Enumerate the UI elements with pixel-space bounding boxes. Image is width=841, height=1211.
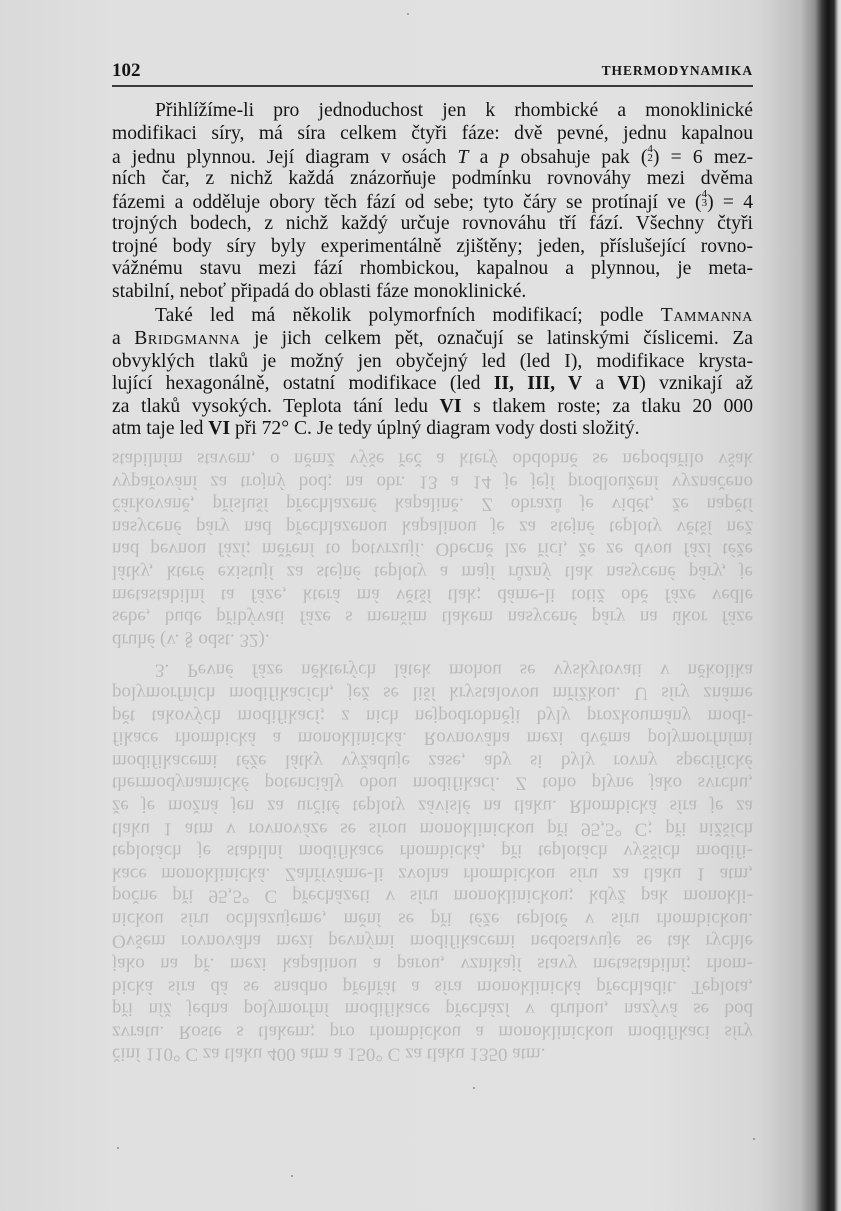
- variable-T: T: [458, 147, 469, 168]
- text-line: Také led má několik polymorfních modifik…: [112, 305, 753, 328]
- paper-speck: [117, 1147, 119, 1149]
- text-segment: a: [468, 147, 499, 168]
- roman-numerals: II, III, V: [494, 373, 582, 394]
- text-line: Přihlížíme-li pro jednoduchost jen k rho…: [112, 100, 753, 123]
- paper-speck: [407, 13, 409, 15]
- show-through-line: činí 110° C za tlaku 400 atm a 150° C za…: [112, 1042, 753, 1065]
- show-through-line: zvratu. Roste s tlakem; pro rhombickou a…: [112, 1020, 753, 1043]
- text-segment: Také led má několik polymorfních modifik…: [155, 305, 661, 326]
- text-segment: ) = 6 mez-: [653, 147, 753, 168]
- roman-numerals: VI: [208, 418, 230, 439]
- show-through-line: 3. Pevné fáze některých látek mohou se v…: [112, 658, 753, 681]
- text-segment: za tlaků vysokých. Teplota tání ledu: [112, 396, 440, 417]
- show-through-line: modifikacemi téže látky vyžaduje zase, a…: [112, 749, 753, 772]
- show-through-line: polymorfních modifikacích, jež se liší k…: [112, 681, 753, 704]
- author-name-bridgman: Bridgmanna: [134, 328, 240, 349]
- text-segment: obsahuje pak (: [509, 147, 647, 168]
- show-through-line: bická síra dá se snadno přehřát a síra m…: [112, 975, 753, 998]
- text-line: stabilní, neboť připadá do oblasti fáze …: [112, 281, 753, 304]
- show-through-line: čárkovaně, přísluší přechlazené kapalině…: [112, 492, 753, 515]
- show-through-line: tlaku 1 atm v rovnováze se sírou monokli…: [112, 817, 753, 840]
- text-line: ních čar, z nichž každá znázorňuje podmí…: [112, 168, 753, 191]
- text-segment: lující hexagonálně, ostatní modifikace (…: [112, 373, 494, 394]
- show-through-line: nad pevnou fází; měření to potvrzují. Ob…: [112, 537, 753, 560]
- show-through-line: druhé (v. § odst. 32).: [112, 628, 753, 651]
- text-segment: s tlakem roste; za tlaku 20 000: [461, 396, 753, 417]
- show-through-line: jako na př. mezi kapalinou a parou, vzni…: [112, 952, 753, 975]
- show-through-line: počne při 95,5° C přecházeti v síru mono…: [112, 884, 753, 907]
- variable-p: p: [500, 147, 510, 168]
- author-name-tammann: Tammanna: [661, 305, 753, 326]
- show-through-line: vypařování za trojný bod; na obr. 13 a 1…: [112, 470, 753, 493]
- show-through-line: Ovšem rovnováha mezi pevnými modifikacem…: [112, 929, 753, 952]
- text-line: fázemi a odděluje obory těch fází od seb…: [112, 190, 753, 213]
- text-segment: ) vznikají až: [639, 373, 753, 394]
- show-through-line: pět takových modifikací; z nich nejpodro…: [112, 704, 753, 727]
- text-line: obvyklých tlaků je možný jen obyčejný le…: [112, 351, 753, 374]
- text-segment: ) = 4: [707, 192, 753, 213]
- paper-speck: [753, 1138, 755, 1140]
- body-text: Přihlížíme-li pro jednoduchost jen k rho…: [112, 100, 753, 441]
- paper-speck: [473, 1087, 475, 1089]
- show-through-line: že je možná jen za určité teploty závisl…: [112, 794, 753, 817]
- header-rule: [112, 85, 753, 87]
- roman-numerals: VI: [440, 396, 462, 417]
- text-segment: při 72° C. Je tedy úplný diagram vody do…: [230, 418, 639, 439]
- page-number: 102: [112, 60, 141, 82]
- text-segment: atm taje led: [112, 418, 208, 439]
- show-through-line: thermodynamické potenciály obou modifika…: [112, 771, 753, 794]
- text-line: a jednu plynnou. Její diagram v osách T …: [112, 145, 753, 168]
- show-through-line: sebe, bude přibývati fáze s menším tlake…: [112, 605, 753, 628]
- show-through-line: nasycené páry nad přechlazenou kapalinou…: [112, 515, 753, 538]
- text-segment: a: [582, 373, 617, 394]
- show-through-line: nickou síru ochlazujeme, mění se při též…: [112, 907, 753, 930]
- text-segment: fázemi a odděluje obory těch fází od seb…: [112, 192, 702, 213]
- paragraph-ice-modifications: Také led má několik polymorfních modifik…: [112, 305, 753, 441]
- show-through-line: fikace rhombická a monoklinická. Rovnová…: [112, 726, 753, 749]
- text-line: modifikaci síry, má síra celkem čtyři fá…: [112, 123, 753, 146]
- show-through-line: při níž jedna polymorfní modifikace přec…: [112, 997, 753, 1020]
- text-line: trojné body síry byly experimentálně zji…: [112, 236, 753, 259]
- show-through-line: kace monoklinická. Zahříváme-li zvolna r…: [112, 862, 753, 885]
- text-line: a Bridgmanna je jich celkem pět, označuj…: [112, 328, 753, 351]
- text-segment: a: [112, 328, 134, 349]
- running-title: THERMODYNAMIKA: [602, 63, 753, 79]
- text-line: lující hexagonálně, ostatní modifikace (…: [112, 373, 753, 396]
- show-through-line: teplotách je stabilní modifikace rhombic…: [112, 839, 753, 862]
- show-through-text: stabilním stavem, o němž výše řeč a kter…: [112, 447, 753, 1065]
- text-segment: a jednu plynnou. Její diagram v osách: [112, 147, 458, 168]
- text-segment: je jich celkem pět, označují se latinský…: [240, 328, 753, 349]
- running-head: 102 THERMODYNAMIKA: [112, 60, 753, 82]
- text-line: vážnému stavu mezi fází rhombickou, kapa…: [112, 258, 753, 281]
- show-through-line: stabilním stavem, o němž výše řeč a kter…: [112, 447, 753, 470]
- book-page: stabilním stavem, o němž výše řeč a kter…: [0, 0, 841, 1211]
- text-line: atm taje led VI při 72° C. Je tedy úplný…: [112, 418, 753, 441]
- show-through-line: látky, které existují za stejné teploty …: [112, 560, 753, 583]
- text-line: za tlaků vysokých. Teplota tání ledu VI …: [112, 396, 753, 419]
- text-line: trojných bodech, z nichž každý určuje ro…: [112, 213, 753, 236]
- paragraph-sulfur-phases: Přihlížíme-li pro jednoduchost jen k rho…: [112, 100, 753, 303]
- roman-numerals: VI: [618, 373, 640, 394]
- paper-speck: [291, 1175, 293, 1177]
- show-through-line: metastabilní ta fáze, která má větší tla…: [112, 583, 753, 606]
